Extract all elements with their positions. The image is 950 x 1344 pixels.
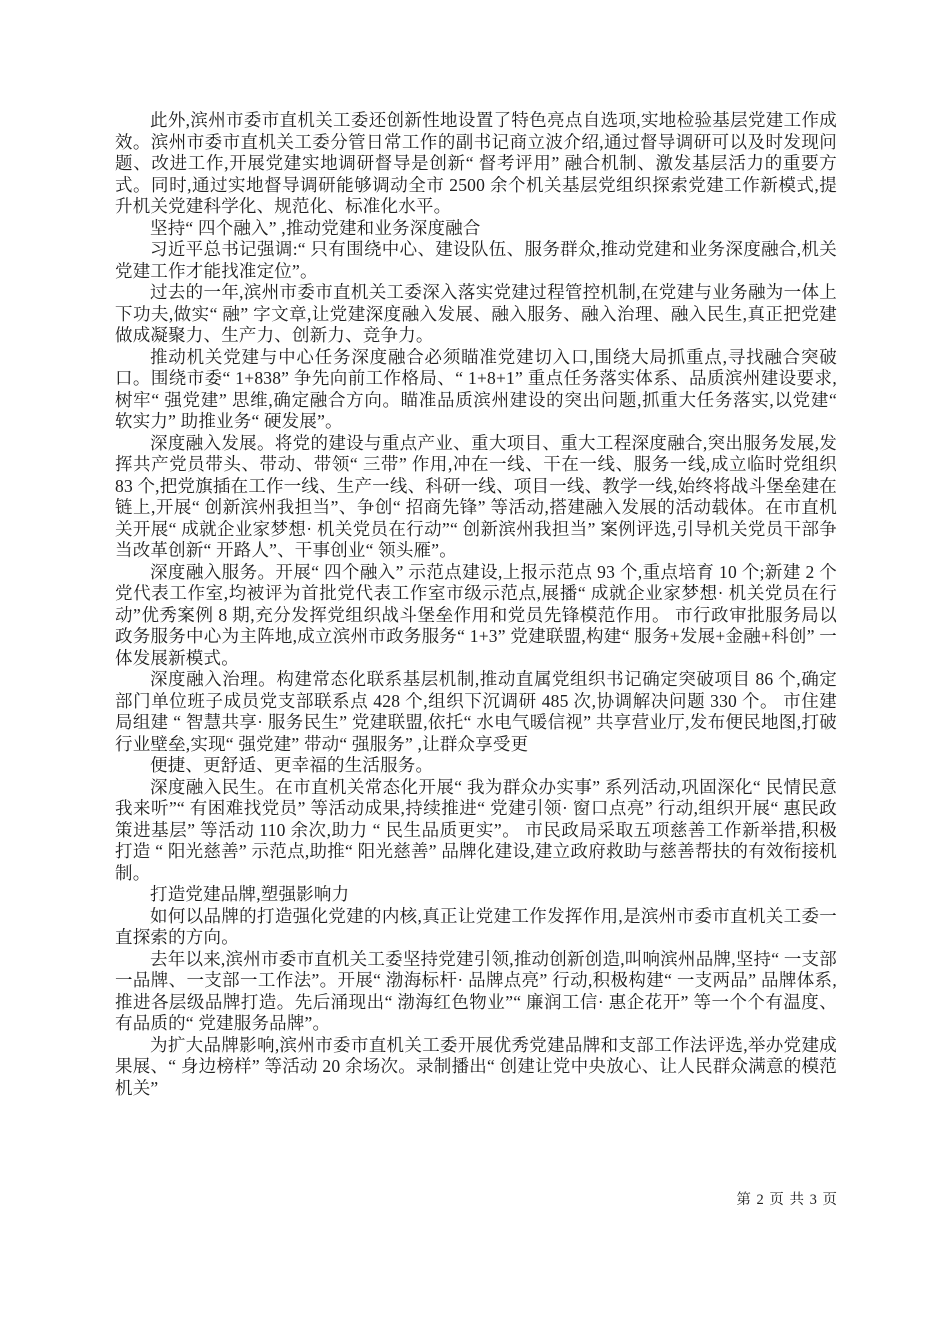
paragraph: 推动机关党建与中心任务深度融合必须瞄准党建切入口,围绕大局抓重点,寻找融合突破口… [115, 347, 837, 433]
document-page: 此外,滨州市委市直机关工委还创新性地设置了特色亮点自选项,实地检验基层党建工作成… [0, 0, 950, 1344]
paragraph-subheading: 坚持“ 四个融入” ,推动党建和业务深度融合 [115, 218, 837, 240]
paragraph: 深度融入服务。开展“ 四个融入” 示范点建设,上报示范点 93 个,重点培育 1… [115, 562, 837, 670]
paragraph: 为扩大品牌影响,滨州市委市直机关工委开展优秀党建品牌和支部工作法评选,举办党建成… [115, 1035, 837, 1100]
paragraph: 深度融入发展。将党的建设与重点产业、重大项目、重大工程深度融合,突出服务发展,发… [115, 433, 837, 562]
page-number-indicator: 第 2 页 共 3 页 [736, 1188, 838, 1209]
paragraph: 深度融入民生。在市直机关常态化开展“ 我为群众办实事” 系列活动,巩固深化“ 民… [115, 777, 837, 885]
paragraph: 去年以来,滨州市委市直机关工委坚持党建引领,推动创新创造,叫响滨州品牌,坚持“ … [115, 949, 837, 1035]
paragraph: 此外,滨州市委市直机关工委还创新性地设置了特色亮点自选项,实地检验基层党建工作成… [115, 110, 837, 218]
paragraph-subheading: 打造党建品牌,塑强影响力 [115, 884, 837, 906]
paragraph: 深度融入治理。构建常态化联系基层机制,推动直属党组织书记确定突破项目 86 个,… [115, 669, 837, 755]
paragraph: 便捷、更舒适、更幸福的生活服务。 [115, 755, 837, 777]
paragraph: 习近平总书记强调:“ 只有围绕中心、建设队伍、服务群众,推动党建和业务深度融合,… [115, 239, 837, 282]
paragraph: 如何以品牌的打造强化党建的内核,真正让党建工作发挥作用,是滨州市委市直机关工委一… [115, 906, 837, 949]
paragraph: 过去的一年,滨州市委市直机关工委深入落实党建过程管控机制,在党建与业务融为一体上… [115, 282, 837, 347]
document-body-text: 此外,滨州市委市直机关工委还创新性地设置了特色亮点自选项,实地检验基层党建工作成… [115, 110, 837, 1099]
